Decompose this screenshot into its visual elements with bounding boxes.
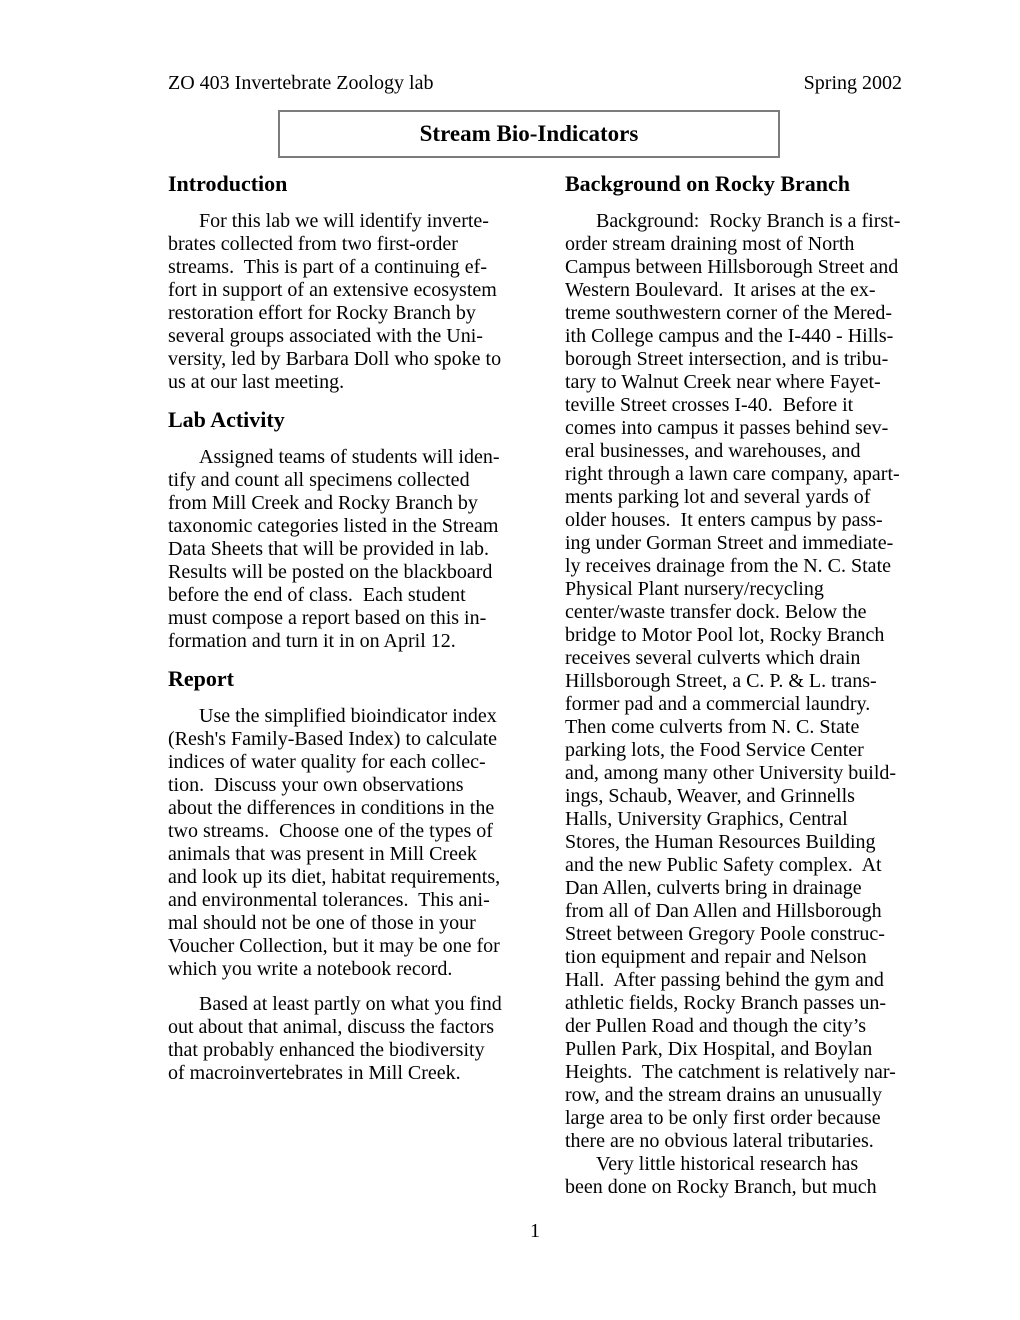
text-line: center/waste transfer dock. Below the (565, 601, 905, 624)
text-line: former pad and a commercial laundry. (565, 693, 905, 716)
text-line: Dan Allen, culverts bring in drainage (565, 877, 905, 900)
text-line: borough Street intersection, and is trib… (565, 348, 905, 371)
text-line: formation and turn it in on April 12. (168, 630, 508, 653)
text-line: Then come culverts from N. C. State (565, 716, 905, 739)
text-line: Campus between Hillsborough Street and (565, 256, 905, 279)
text-line: bridge to Motor Pool lot, Rocky Branch (565, 624, 905, 647)
text-line: two streams. Choose one of the types of (168, 820, 508, 843)
section-report: Report Use the simplified bioindicator i… (168, 665, 508, 1085)
text-line: Western Boulevard. It arises at the ex- (565, 279, 905, 302)
text-line: several groups associated with the Uni- (168, 325, 508, 348)
text-line: eral businesses, and warehouses, and (565, 440, 905, 463)
text-line: versity, led by Barbara Doll who spoke t… (168, 348, 508, 371)
text-line: Data Sheets that will be provided in lab… (168, 538, 508, 561)
text-line: and, among many other University build- (565, 762, 905, 785)
text-line: ith College campus and the I-440 - Hills… (565, 325, 905, 348)
title-box: Stream Bio-Indicators (278, 110, 780, 158)
text-line: der Pullen Road and though the city’s (565, 1015, 905, 1038)
text-line: Pullen Park, Dix Hospital, and Boylan (565, 1038, 905, 1061)
text-line: For this lab we will identify inverte- (168, 210, 508, 233)
page-number: 1 (168, 1220, 902, 1243)
text-line: treme southwestern corner of the Mered- (565, 302, 905, 325)
text-line: restoration effort for Rocky Branch by (168, 302, 508, 325)
text-line: Halls, University Graphics, Central (565, 808, 905, 831)
document-header: ZO 403 Invertebrate Zoology lab Spring 2… (168, 72, 902, 95)
text-line: Street between Gregory Poole construc- (565, 923, 905, 946)
text-line: been done on Rocky Branch, but much (565, 1176, 905, 1199)
section-lab-activity: Lab Activity Assigned teams of students … (168, 406, 508, 653)
section-background: Background on Rocky Branch Background: R… (565, 170, 905, 1199)
text-line: parking lots, the Food Service Center (565, 739, 905, 762)
text-line: Based at least partly on what you find (168, 993, 508, 1016)
text-line: Assigned teams of students will iden- (168, 446, 508, 469)
text-line: order stream draining most of North (565, 233, 905, 256)
text-line: row, and the stream drains an unusually (565, 1084, 905, 1107)
text-line: and environmental tolerances. This ani- (168, 889, 508, 912)
text-line: mal should not be one of those in your (168, 912, 508, 935)
document-page: ZO 403 Invertebrate Zoology lab Spring 2… (0, 0, 1020, 1320)
text-line: about the differences in conditions in t… (168, 797, 508, 820)
header-course-label: ZO 403 Invertebrate Zoology lab (168, 72, 433, 95)
text-line: out about that animal, discuss the facto… (168, 1016, 508, 1039)
text-line: indices of water quality for each collec… (168, 751, 508, 774)
paragraph: Assigned teams of students will iden-tif… (168, 446, 508, 653)
text-line: tion equipment and repair and Nelson (565, 946, 905, 969)
left-column: Introduction For this lab we will identi… (168, 170, 508, 1199)
header-term-label: Spring 2002 (804, 72, 902, 95)
text-line: athletic fields, Rocky Branch passes un- (565, 992, 905, 1015)
text-line: and the new Public Safety complex. At (565, 854, 905, 877)
text-line: Hillsborough Street, a C. P. & L. trans- (565, 670, 905, 693)
text-line: tify and count all specimens collected (168, 469, 508, 492)
text-line: (Resh's Family-Based Index) to calculate (168, 728, 508, 751)
two-column-body: Introduction For this lab we will identi… (168, 170, 905, 1199)
right-column: Background on Rocky Branch Background: R… (565, 170, 905, 1199)
section-heading-report: Report (168, 665, 508, 693)
section-introduction: Introduction For this lab we will identi… (168, 170, 508, 394)
text-line: Hall. After passing behind the gym and (565, 969, 905, 992)
text-line: and look up its diet, habitat requiremen… (168, 866, 508, 889)
text-line: Physical Plant nursery/recycling (565, 578, 905, 601)
text-line: ments parking lot and several yards of (565, 486, 905, 509)
text-line: must compose a report based on this in- (168, 607, 508, 630)
section-heading-lab-activity: Lab Activity (168, 406, 508, 434)
text-line: Voucher Collection, but it may be one fo… (168, 935, 508, 958)
paragraph: For this lab we will identify inverte-br… (168, 210, 508, 394)
text-line: us at our last meeting. (168, 371, 508, 394)
text-line: from Mill Creek and Rocky Branch by (168, 492, 508, 515)
text-line: Heights. The catchment is relatively nar… (565, 1061, 905, 1084)
text-line: there are no obvious lateral tributaries… (565, 1130, 905, 1153)
text-line: large area to be only first order becaus… (565, 1107, 905, 1130)
text-line: ing under Gorman Street and immediate- (565, 532, 905, 555)
text-line: right through a lawn care company, apart… (565, 463, 905, 486)
paragraph: Background: Rocky Branch is a first-orde… (565, 210, 905, 1153)
paragraph: Very little historical research hasbeen … (565, 1153, 905, 1199)
text-line: tary to Walnut Creek near where Fayet- (565, 371, 905, 394)
paragraph: Use the simplified bioindicator index(Re… (168, 705, 508, 981)
text-line: before the end of class. Each student (168, 584, 508, 607)
text-line: that probably enhanced the biodiversity (168, 1039, 508, 1062)
text-line: Results will be posted on the blackboard (168, 561, 508, 584)
text-line: tion. Discuss your own observations (168, 774, 508, 797)
text-line: older houses. It enters campus by pass- (565, 509, 905, 532)
section-heading-background: Background on Rocky Branch (565, 170, 905, 198)
text-line: Use the simplified bioindicator index (168, 705, 508, 728)
text-line: Stores, the Human Resources Building (565, 831, 905, 854)
text-line: teville Street crosses I-40. Before it (565, 394, 905, 417)
text-line: comes into campus it passes behind sev- (565, 417, 905, 440)
text-line: from all of Dan Allen and Hillsborough (565, 900, 905, 923)
text-line: streams. This is part of a continuing ef… (168, 256, 508, 279)
text-line: animals that was present in Mill Creek (168, 843, 508, 866)
text-line: brates collected from two first-order (168, 233, 508, 256)
paragraph: Based at least partly on what you findou… (168, 993, 508, 1085)
text-line: ly receives drainage from the N. C. Stat… (565, 555, 905, 578)
text-line: fort in support of an extensive ecosyste… (168, 279, 508, 302)
text-line: Very little historical research has (565, 1153, 905, 1176)
text-line: Background: Rocky Branch is a first- (565, 210, 905, 233)
text-line: of macroinvertebrates in Mill Creek. (168, 1062, 508, 1085)
text-line: ings, Schaub, Weaver, and Grinnells (565, 785, 905, 808)
text-line: receives several culverts which drain (565, 647, 905, 670)
text-line: which you write a notebook record. (168, 958, 508, 981)
document-title: Stream Bio-Indicators (420, 121, 639, 147)
text-line: taxonomic categories listed in the Strea… (168, 515, 508, 538)
section-heading-introduction: Introduction (168, 170, 508, 198)
